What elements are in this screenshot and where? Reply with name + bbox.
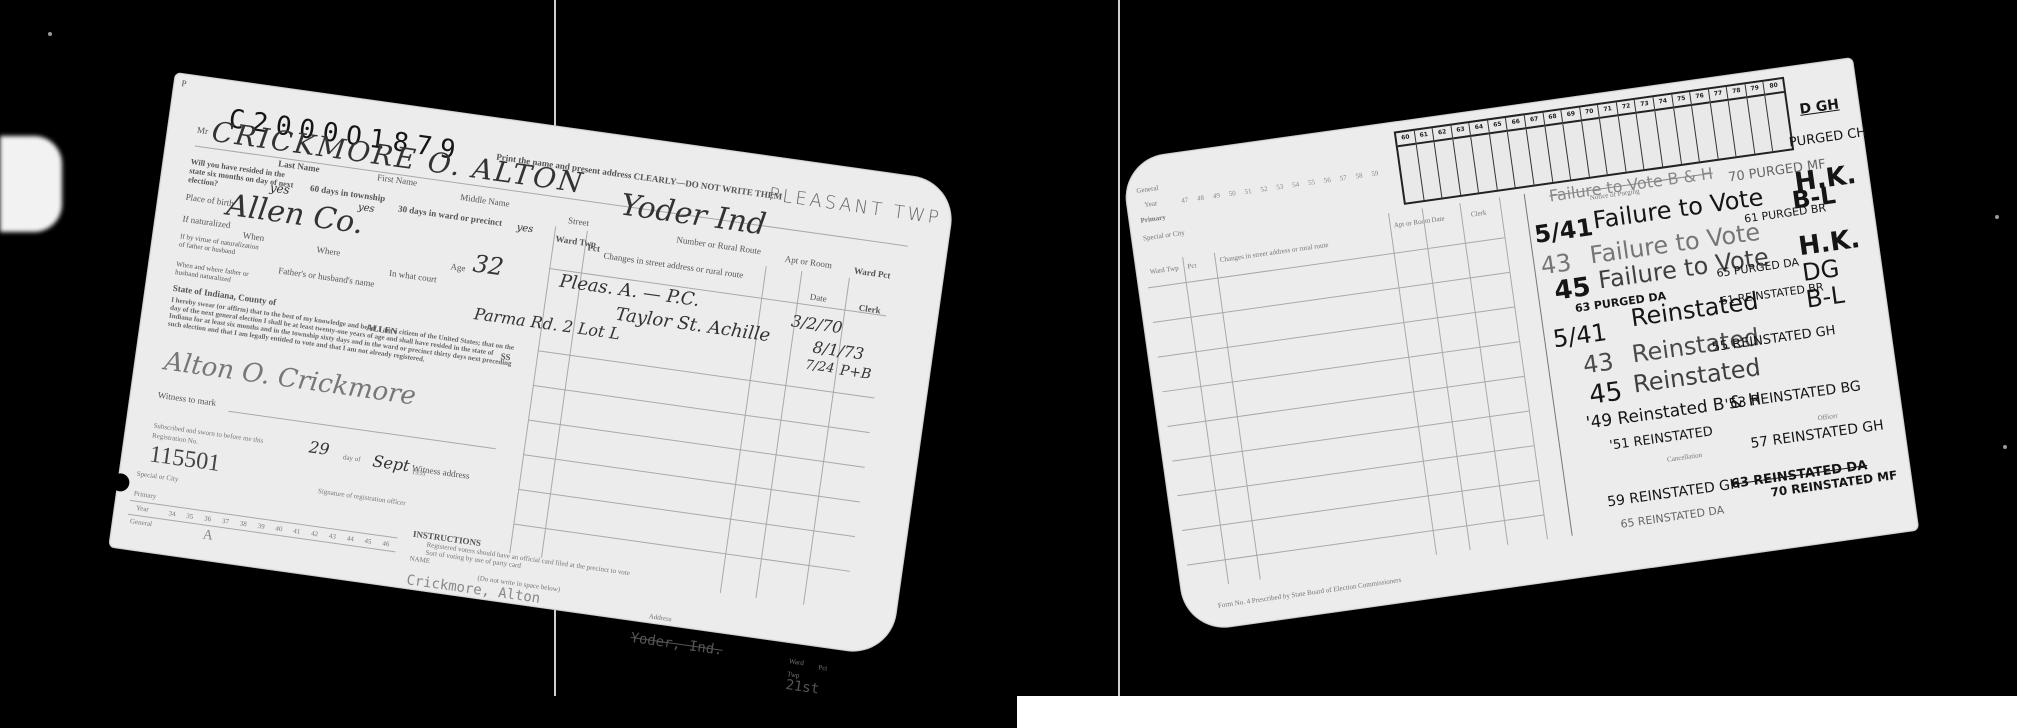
bottom-white-bar xyxy=(1017,696,2017,728)
label-clerk: Clerk xyxy=(1471,210,1487,219)
thirty-days-answer: yes xyxy=(516,223,534,235)
reinstated-51: '51 REINSTATED xyxy=(1609,425,1714,452)
instructions-address-label: Address xyxy=(648,613,672,623)
street-handwritten: Yoder Ind xyxy=(619,190,768,240)
stamp-purged-ch: PURGED CH xyxy=(1788,126,1867,150)
title-prefix: Mr xyxy=(196,126,208,136)
reinstated-57: 57 REINSTATED GH xyxy=(1750,418,1885,451)
general-mark: A xyxy=(202,528,214,543)
label-changes: Changes in street address or rural route xyxy=(603,251,744,280)
subscribed-day: 29 xyxy=(308,439,330,458)
voter-registration-card-back: General Year Primary Special or City War… xyxy=(1120,57,1919,633)
label-ward-twp: Ward Twp xyxy=(1149,265,1179,276)
film-edge-blob xyxy=(0,136,62,232)
label-date: Date xyxy=(809,293,827,304)
officer-label: Signature of registration officer xyxy=(318,488,406,507)
label-naturalized: If naturalized xyxy=(182,215,231,231)
label-cancellation: Cancellation xyxy=(1667,452,1703,464)
label-changes: Changes in street address or rural route xyxy=(1219,242,1329,264)
grid-special-label: Special or City xyxy=(136,471,179,484)
voter-registration-card-front: P Mr C2000O1879 CRICKMORE O. ALTON Print… xyxy=(108,72,957,657)
twp-value: 21st xyxy=(785,678,820,697)
label-street: Street xyxy=(568,216,590,228)
label-apt-room: Apt or Room xyxy=(784,255,832,271)
label-general: General xyxy=(1136,185,1159,195)
stamp-b-l-2: B-L xyxy=(1804,283,1845,312)
township-note: PLEASANT TWP xyxy=(767,186,942,228)
typed-town: Yoder, Ind. xyxy=(630,631,724,658)
subscribed-day-of: day of xyxy=(342,454,361,463)
grid-general-label: General xyxy=(130,518,153,528)
dust-speck xyxy=(1995,215,1999,219)
subscribed-month: Sept xyxy=(372,453,411,474)
pct-label-bottom: Pct xyxy=(818,664,828,672)
witness-mark: Witness to mark xyxy=(157,391,216,408)
grid-primary-label: Primary xyxy=(133,490,156,500)
grid-year-label: Year xyxy=(135,505,149,514)
frame-divider-right xyxy=(1118,0,1120,696)
label-what-court: In what court xyxy=(388,269,437,285)
reinstated-53: '53 REINSTATED BG xyxy=(1724,379,1862,412)
general-years-row: 47 48 49 50 51 52 53 54 55 56 57 58 59 xyxy=(1181,168,1388,205)
stamp-d-gh: D GH xyxy=(1799,97,1840,116)
punch-hole xyxy=(110,472,130,492)
dust-speck xyxy=(2003,445,2007,449)
reinstated-65: 65 REINSTATED DA xyxy=(1620,504,1725,529)
dust-speck xyxy=(48,32,52,36)
typed-name: Crickmore, Alton xyxy=(406,573,541,606)
registration-number: 115501 xyxy=(148,442,222,476)
label-age: Age xyxy=(450,262,466,273)
label-special: Special or City xyxy=(1143,230,1186,243)
form-note: Form No. 4 Prescribed by State Board of … xyxy=(1218,577,1402,610)
subscribed-year: 1935 xyxy=(411,469,426,478)
label-ward-pct: Ward Pct xyxy=(853,266,891,280)
label-primary: Primary xyxy=(1140,214,1166,224)
label-officer: Officer xyxy=(1817,413,1838,423)
label-father-name: Father's or husband's name xyxy=(278,266,375,288)
label-pct: Pct xyxy=(1187,262,1197,270)
stamp-b-l: B-L xyxy=(1791,183,1837,213)
label-pct: Pct xyxy=(587,243,601,254)
label-middle-name: Middle Name xyxy=(460,193,511,209)
label-where: Where xyxy=(316,245,341,257)
label-date: Date xyxy=(1431,215,1445,224)
instructions-name-label: NAME xyxy=(409,555,430,565)
label-year: Year xyxy=(1144,200,1158,209)
age-answer: 32 xyxy=(472,251,506,279)
ward-label-bottom: Ward xyxy=(788,658,804,667)
